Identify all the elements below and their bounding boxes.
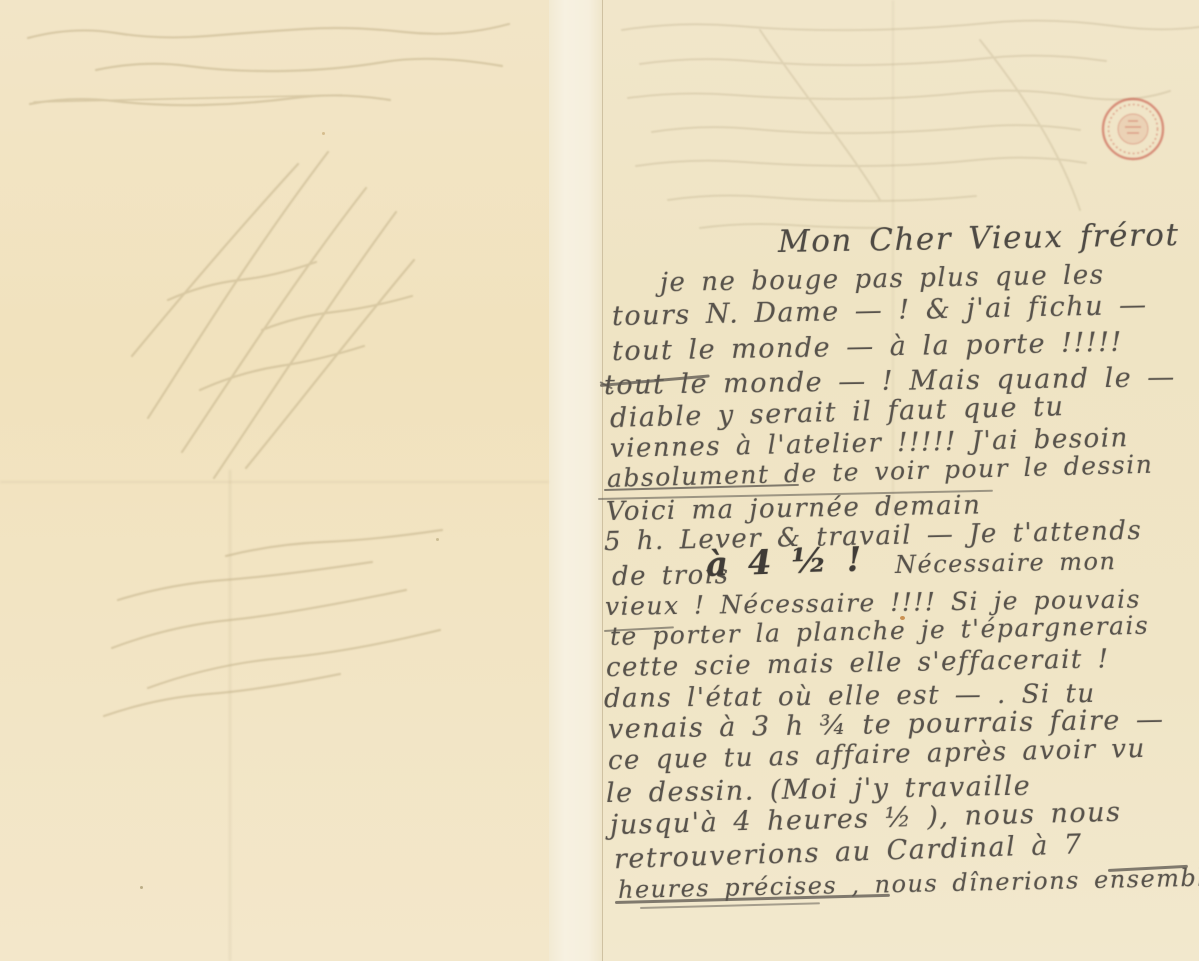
letter-text: Mon Cher Vieux frérot je ne bouge pas pl… [0, 0, 1199, 961]
paper-fleck [436, 538, 439, 541]
letter-scan: Mon Cher Vieux frérot je ne bouge pas pl… [0, 0, 1199, 961]
paper-fleck [140, 886, 143, 889]
letter-salutation: Mon Cher Vieux frérot [778, 217, 1180, 260]
paper-fleck [1076, 300, 1079, 303]
paper-fleck [900, 616, 905, 620]
paper-fleck [322, 132, 325, 135]
letter-line-inserted-time: à 4 ½ ! [705, 540, 863, 585]
letter-line: Nécessaire mon [895, 547, 1117, 579]
letter-line: tout le monde — à la porte !!!!! [612, 327, 1123, 367]
letter-line: cette scie mais elle s'effacerait ! [606, 644, 1110, 683]
